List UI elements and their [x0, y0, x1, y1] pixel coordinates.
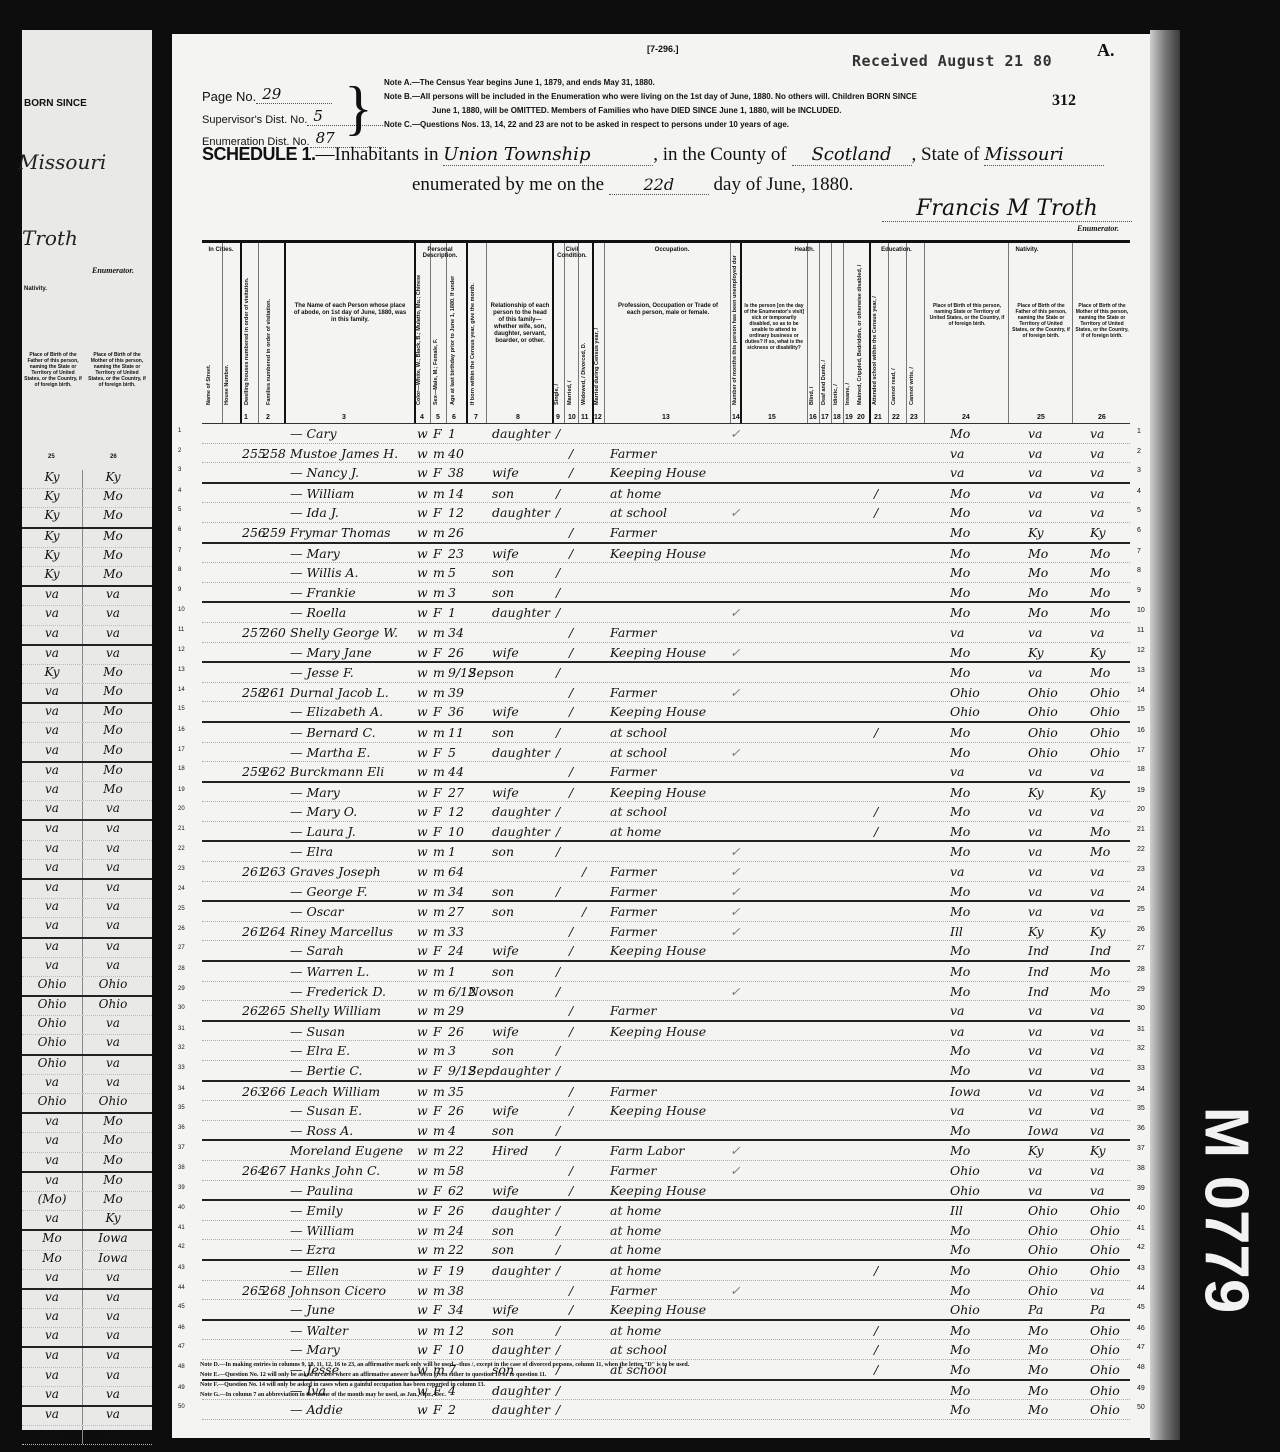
- person-name: — June: [290, 1302, 335, 1317]
- prev-father-birthplace: Ohio: [22, 1035, 83, 1053]
- column-number: 7: [474, 414, 478, 421]
- occupation: Keeping House: [610, 645, 706, 660]
- line-number-right: 26: [1137, 926, 1145, 933]
- col8-header: Relationship of each person to the head …: [490, 303, 550, 345]
- birthplace: Mo: [950, 1402, 970, 1417]
- line-number: 8: [178, 567, 181, 573]
- prev-mother-birthplace: Ohio: [83, 997, 143, 1015]
- prev-father-birthplace: va: [22, 704, 83, 722]
- mother-birthplace: Ky: [1090, 785, 1106, 800]
- prev-row: vava: [22, 626, 152, 646]
- prev-row: vaMo: [22, 1133, 152, 1152]
- father-birthplace: Mo: [1028, 1402, 1048, 1417]
- prev-row: KyMo: [22, 508, 152, 528]
- occupation: Farmer: [610, 884, 656, 899]
- family-number: 262: [262, 764, 286, 779]
- age: 33: [448, 924, 464, 939]
- person-name: — Warren L.: [290, 964, 369, 979]
- sex: F: [433, 804, 442, 819]
- prev-father-birthplace: va: [22, 1328, 83, 1346]
- prev-father-birthplace: Ky: [22, 529, 83, 547]
- column-number: 17: [821, 414, 829, 421]
- sex: m: [433, 685, 445, 700]
- line-number-right: 24: [1137, 886, 1145, 893]
- table-row: 44— Williamwm14son/at home/Movava: [202, 484, 1130, 504]
- line-number: 33: [178, 1065, 185, 1071]
- person-name: Frymar Thomas: [290, 525, 391, 540]
- col2-header: Families numbered in order of visitation…: [266, 255, 272, 405]
- single-mark: /: [556, 725, 560, 740]
- column-number: 1: [244, 414, 248, 421]
- occupation: Farmer: [610, 864, 656, 879]
- relationship: son: [492, 964, 514, 979]
- sex: F: [433, 1024, 442, 1039]
- sex: m: [433, 665, 445, 680]
- census-rows: 11— CarywF1daughter/✓Movava22255258Musto…: [202, 424, 1130, 1420]
- family-number: 267: [262, 1163, 286, 1178]
- occupation: Keeping House: [610, 1024, 706, 1039]
- prev-father-birthplace: va: [22, 939, 83, 957]
- column-number: 9: [556, 414, 560, 421]
- prev-father-birthplace: va: [22, 1270, 83, 1288]
- mother-birthplace: Mo: [1090, 585, 1110, 600]
- prev-mother-birthplace: va: [83, 841, 143, 859]
- line-number-right: 38: [1137, 1165, 1145, 1172]
- col22-header: Cannot read, /: [891, 365, 897, 405]
- line-number-right: 31: [1137, 1026, 1145, 1033]
- age: 26: [448, 1103, 464, 1118]
- table-row: 3232— Elra E.wm3son/Movava: [202, 1041, 1130, 1061]
- prev-born-since: BORN SINCE: [24, 98, 87, 109]
- occupation: Farmer: [610, 924, 656, 939]
- note-e: Note E.—Question No. 12 will only be ask…: [200, 1370, 689, 1380]
- prev-row: vava: [22, 1426, 152, 1445]
- color: w: [417, 785, 428, 800]
- relationship: wife: [492, 1103, 519, 1118]
- father-birthplace: va: [1028, 1183, 1043, 1198]
- prev-row: vava: [22, 918, 152, 938]
- personal-header: Personal Description.: [414, 247, 466, 259]
- age: 26: [448, 525, 464, 540]
- line-number: 17: [178, 747, 185, 753]
- enumerated-text: enumerated by me on the: [412, 174, 604, 195]
- prev-row: KyMo: [22, 567, 152, 587]
- prev-row: KyMo: [22, 665, 152, 684]
- age: 1: [448, 964, 456, 979]
- person-name: — Laura J.: [290, 824, 356, 839]
- prev-mother-birthplace: va: [83, 1368, 143, 1386]
- note-f: Note F.—Question No. 14 will only be ask…: [200, 1380, 689, 1390]
- person-name: — Sarah: [290, 943, 344, 958]
- age: 58: [448, 1163, 464, 1178]
- prev-row: Ohiova: [22, 1056, 152, 1075]
- table-row: 2929— Frederick D.wm6/12Novson/✓MoIndMo: [202, 982, 1130, 1002]
- birthplace: Mo: [950, 1283, 970, 1298]
- father-birthplace: va: [1028, 665, 1043, 680]
- father-birthplace: Ky: [1028, 924, 1044, 939]
- education-header: Education.: [869, 247, 924, 253]
- enumerator-label: Enumerator.: [1077, 224, 1119, 233]
- reel-number: M 0779: [1194, 1107, 1256, 1314]
- age: 22: [448, 1143, 464, 1158]
- relationship: wife: [492, 546, 519, 561]
- relationship: wife: [492, 1183, 519, 1198]
- mother-birthplace: Ohio: [1090, 745, 1120, 760]
- person-name: — Bertie C.: [290, 1063, 363, 1078]
- sex: F: [433, 745, 442, 760]
- prev-row: vava: [22, 841, 152, 860]
- single-mark: /: [556, 565, 560, 580]
- age: 26: [448, 1024, 464, 1039]
- sex: m: [433, 446, 445, 461]
- prev-father-birthplace: va: [22, 626, 83, 644]
- note-b: Note B.—All persons will be included in …: [384, 90, 1084, 104]
- prev-father-birthplace: va: [22, 1133, 83, 1151]
- line-number: 34: [178, 1086, 185, 1092]
- sex: F: [433, 1263, 442, 1278]
- person-name: — Oscar: [290, 904, 344, 919]
- house-no-header: House Number.: [224, 255, 230, 405]
- table-row: 1212— Mary JanewF26wife/Keeping House✓Mo…: [202, 643, 1130, 664]
- prev-father-birthplace: va: [22, 860, 83, 878]
- single-mark: /: [556, 984, 560, 999]
- person-name: — Mary Jane: [290, 645, 372, 660]
- unemployed-mark: ✓: [730, 645, 740, 660]
- age: 39: [448, 685, 464, 700]
- line-number: 35: [178, 1105, 185, 1111]
- age: 27: [448, 904, 464, 919]
- prev-row: vava: [22, 801, 152, 821]
- prev-mother-birthplace: va: [83, 958, 143, 976]
- family-number: 263: [262, 864, 286, 879]
- unemployed-mark: ✓: [730, 426, 740, 441]
- single-mark: /: [556, 1323, 560, 1338]
- married-mark: /: [569, 1084, 573, 1099]
- line-number-right: 6: [1137, 527, 1141, 534]
- line-number: 26: [178, 926, 185, 932]
- age: 12: [448, 1323, 464, 1338]
- prev-row: vaMo: [22, 1114, 152, 1133]
- line-number: 3: [178, 467, 181, 473]
- line-number-right: 45: [1137, 1304, 1145, 1311]
- color: w: [417, 745, 428, 760]
- state-text: , State of: [912, 144, 980, 165]
- occupation: Farmer: [610, 1283, 656, 1298]
- father-birthplace: va: [1028, 426, 1043, 441]
- schedule-line: SCHEDULE 1.—Inhabitants in Union Townshi…: [202, 144, 1104, 166]
- column-number: 12: [594, 414, 602, 421]
- line-number-right: 18: [1137, 766, 1145, 773]
- prev-row: MoIowa: [22, 1251, 152, 1270]
- column-number: 21: [874, 414, 882, 421]
- occupation: Farmer: [610, 685, 656, 700]
- person-name: — Nancy J.: [290, 465, 359, 480]
- birth-month: Nov: [468, 984, 494, 999]
- relationship: wife: [492, 704, 519, 719]
- married-mark: /: [569, 943, 573, 958]
- table-row: 3636— Ross A.wm4son/MoIowava: [202, 1121, 1130, 1142]
- family-number: 264: [262, 924, 286, 939]
- col20-header: Maimed, Crippled, Bedridden, or otherwis…: [857, 255, 863, 405]
- relationship: daughter: [492, 605, 550, 620]
- line-number: 1: [178, 428, 181, 434]
- person-name: — Ellen: [290, 1263, 339, 1278]
- occupation-header: Occupation.: [604, 247, 740, 253]
- person-name: — Frankie: [290, 585, 356, 600]
- prev-mother-birthplace: Mo: [83, 567, 143, 585]
- line-number: 5: [178, 507, 181, 513]
- line-number: 12: [178, 647, 185, 653]
- person-name: — Ida J.: [290, 505, 339, 520]
- prev-father-birthplace: va: [22, 1114, 83, 1132]
- prev-mother-birthplace: Mo: [83, 763, 143, 781]
- relationship: son: [492, 904, 514, 919]
- note-b-cont: June 1, 1880, will be OMITTED. Members o…: [384, 104, 1084, 118]
- age: 40: [448, 446, 464, 461]
- line-number: 7: [178, 548, 181, 554]
- in-cities-header: In Cities.: [202, 247, 240, 253]
- married-mark: /: [569, 1003, 573, 1018]
- relationship: wife: [492, 1024, 519, 1039]
- column-number: 22: [892, 414, 900, 421]
- prev-mother-birthplace: Ohio: [83, 1094, 143, 1112]
- single-mark: /: [556, 585, 560, 600]
- single-mark: /: [556, 1123, 560, 1138]
- prev-father-birthplace: (Mo): [22, 1192, 83, 1210]
- relationship: Hired: [492, 1143, 528, 1158]
- prev-mother-birthplace: va: [83, 860, 143, 878]
- prev-father-birthplace: Ky: [22, 548, 83, 566]
- birthplace: va: [950, 764, 965, 779]
- col16-header: Blind, /: [809, 375, 815, 405]
- occupation: Keeping House: [610, 1302, 706, 1317]
- prev-row: vava: [22, 1368, 152, 1387]
- age: 2: [448, 1402, 456, 1417]
- enumerator-signature: Francis M Troth: [882, 196, 1132, 222]
- sex: F: [433, 1183, 442, 1198]
- color: w: [417, 1402, 428, 1417]
- mother-birthplace: va: [1090, 1103, 1105, 1118]
- color: w: [417, 1283, 428, 1298]
- school-mark: /: [874, 1362, 878, 1377]
- mother-birthplace: Mo: [1090, 565, 1110, 580]
- line-number: 50: [178, 1404, 185, 1410]
- relationship: wife: [492, 465, 519, 480]
- line-number-right: 16: [1137, 727, 1145, 734]
- col23-header: Cannot write, /: [909, 365, 915, 405]
- column-number: 14: [732, 414, 740, 421]
- father-birthplace: Ohio: [1028, 1283, 1058, 1298]
- table-row: 33— Nancy J.wF38wife/Keeping Housevavava: [202, 463, 1130, 484]
- father-birthplace: va: [1028, 884, 1043, 899]
- age: 35: [448, 1084, 464, 1099]
- prev-row: vaMo: [22, 704, 152, 723]
- line-number: 39: [178, 1185, 185, 1191]
- prev-mother-birthplace: va: [83, 1407, 143, 1425]
- enumeration-day: 22d: [609, 175, 709, 195]
- father-birthplace: Ky: [1028, 525, 1044, 540]
- line-number-right: 49: [1137, 1385, 1145, 1392]
- line-number: 24: [178, 886, 185, 892]
- note-c: Note C.—Questions Nos. 13, 14, 22 and 23…: [384, 118, 1084, 132]
- person-name: — Martha E.: [290, 745, 370, 760]
- line-number-right: 9: [1137, 587, 1141, 594]
- mother-birthplace: Mo: [1090, 844, 1110, 859]
- microfilm-reel-number: M 0779: [1180, 1060, 1270, 1360]
- column-number: 2: [266, 414, 270, 421]
- line-number: 20: [178, 806, 185, 812]
- footnotes: Note D.—In making entries in columns 9, …: [200, 1360, 689, 1400]
- school-mark: /: [874, 1342, 878, 1357]
- column-number: 5: [436, 414, 440, 421]
- father-birthplace: va: [1028, 1043, 1043, 1058]
- prev-father-birthplace: Ky: [22, 508, 83, 526]
- line-number: 10: [178, 607, 185, 613]
- prev-mother-birthplace: va: [83, 1056, 143, 1074]
- color: w: [417, 1342, 428, 1357]
- mother-birthplace: va: [1090, 1024, 1105, 1039]
- color: w: [417, 525, 428, 540]
- prev-mother-birthplace: va: [83, 626, 143, 644]
- prev-father-birthplace: va: [22, 1426, 83, 1444]
- occupation: at home: [610, 1203, 661, 1218]
- married-mark: /: [569, 645, 573, 660]
- person-name: — Elizabeth A.: [290, 704, 383, 719]
- prev-father-birthplace: va: [22, 763, 83, 781]
- father-birthplace: Mo: [1028, 1323, 1048, 1338]
- sex: m: [433, 964, 445, 979]
- mother-birthplace: va: [1090, 1123, 1105, 1138]
- line-number: 41: [178, 1225, 185, 1231]
- married-mark: /: [569, 1302, 573, 1317]
- occupation: Keeping House: [610, 1103, 706, 1118]
- line-number: 47: [178, 1344, 185, 1350]
- person-name: — Elra: [290, 844, 333, 859]
- relationship: son: [492, 1223, 514, 1238]
- unemployed-mark: ✓: [730, 884, 740, 899]
- table-row: 2121— Laura J.wF10daughter/at home/MovaM…: [202, 822, 1130, 843]
- occupation: Keeping House: [610, 943, 706, 958]
- birthplace: Mo: [950, 984, 970, 999]
- birthplace: va: [950, 465, 965, 480]
- father-birthplace: va: [1028, 1084, 1043, 1099]
- line-number: 28: [178, 966, 185, 972]
- county: Scotland: [792, 144, 912, 166]
- birthplace: Mo: [950, 525, 970, 540]
- day-suffix: day of June, 1880.: [714, 174, 854, 195]
- family-number: 261: [262, 685, 286, 700]
- sex: m: [433, 625, 445, 640]
- color: w: [417, 1263, 428, 1278]
- unemployed-mark: ✓: [730, 1283, 740, 1298]
- occupation: at home: [610, 1263, 661, 1278]
- father-birthplace: Ind: [1028, 984, 1049, 999]
- table-row: 3535— Susan E.wF26wife/Keeping Housevava…: [202, 1101, 1130, 1121]
- column-number: 24: [962, 414, 970, 421]
- census-sheet: [7-296.] Received August 21 80 A. 312 Pa…: [172, 34, 1150, 1438]
- father-birthplace: Ind: [1028, 964, 1049, 979]
- prev-father-birthplace: va: [22, 1348, 83, 1366]
- married-mark: /: [569, 446, 573, 461]
- mother-birthplace: Mo: [1090, 665, 1110, 680]
- age: 29: [448, 1003, 464, 1018]
- birthplace: Mo: [950, 725, 970, 740]
- color: w: [417, 804, 428, 819]
- relationship: son: [492, 1242, 514, 1257]
- prev-father-birthplace: va: [22, 1407, 83, 1425]
- relationship: son: [492, 1123, 514, 1138]
- color: w: [417, 1063, 428, 1078]
- relationship: daughter: [492, 824, 550, 839]
- occupation: at home: [610, 1323, 661, 1338]
- table-row: 99— Frankiewm3son/MoMoMo: [202, 583, 1130, 604]
- sex: F: [433, 1103, 442, 1118]
- relationship: son: [492, 984, 514, 999]
- col11-header: Widowed, / Divorced, D.: [581, 325, 587, 405]
- note-g: Note G.—In column 7 an abbreviation in t…: [200, 1390, 689, 1400]
- health-header: Health.: [740, 247, 869, 253]
- column-number: 19: [845, 414, 853, 421]
- color: w: [417, 426, 428, 441]
- family-number: 258: [262, 446, 286, 461]
- age: 19: [448, 1263, 464, 1278]
- civil-header: Civil Condition.: [552, 247, 592, 259]
- sex: m: [433, 725, 445, 740]
- sex: m: [433, 764, 445, 779]
- birthplace: Mo: [950, 824, 970, 839]
- color: w: [417, 685, 428, 700]
- person-name: — Bernard C.: [290, 725, 376, 740]
- single-mark: /: [556, 745, 560, 760]
- father-birthplace: va: [1028, 625, 1043, 640]
- school-mark: /: [874, 505, 878, 520]
- prev-enumerator: Troth: [22, 226, 78, 250]
- prev-father-birthplace: va: [22, 684, 83, 702]
- color: w: [417, 844, 428, 859]
- prev-mother-birthplace: Mo: [83, 1153, 143, 1171]
- table-row: 2626261264Riney Marcelluswm33/Farmer✓Ill…: [202, 922, 1130, 942]
- occupation: at school: [610, 1342, 667, 1357]
- line-number-right: 17: [1137, 747, 1145, 754]
- sex: m: [433, 924, 445, 939]
- prev-father-birthplace: va: [22, 880, 83, 898]
- prev-row: vava: [22, 958, 152, 977]
- married-mark: /: [569, 525, 573, 540]
- color: w: [417, 764, 428, 779]
- column-number: 13: [662, 414, 670, 421]
- line-number: 36: [178, 1125, 185, 1131]
- col14-header: Number of months this person has been un…: [732, 255, 738, 405]
- occupation: at school: [610, 745, 667, 760]
- married-mark: /: [569, 1024, 573, 1039]
- prev-mother-birthplace: va: [83, 899, 143, 917]
- prev-row: vaMo: [22, 723, 152, 742]
- color: w: [417, 1223, 428, 1238]
- prev-father-birthplace: va: [22, 821, 83, 839]
- prev-mother-birthplace: Mo: [83, 548, 143, 566]
- father-birthplace: Mo: [1028, 605, 1048, 620]
- person-name: — Addie: [290, 1402, 343, 1417]
- line-number: 19: [178, 787, 185, 793]
- single-mark: /: [556, 1043, 560, 1058]
- prev-father-birthplace: Mo: [22, 1251, 83, 1269]
- prev-row: vava: [22, 606, 152, 625]
- age: 34: [448, 625, 464, 640]
- birthplace: Mo: [950, 486, 970, 501]
- family-number: 259: [262, 525, 286, 540]
- column-number: 11: [581, 414, 588, 421]
- age: 4: [448, 1123, 456, 1138]
